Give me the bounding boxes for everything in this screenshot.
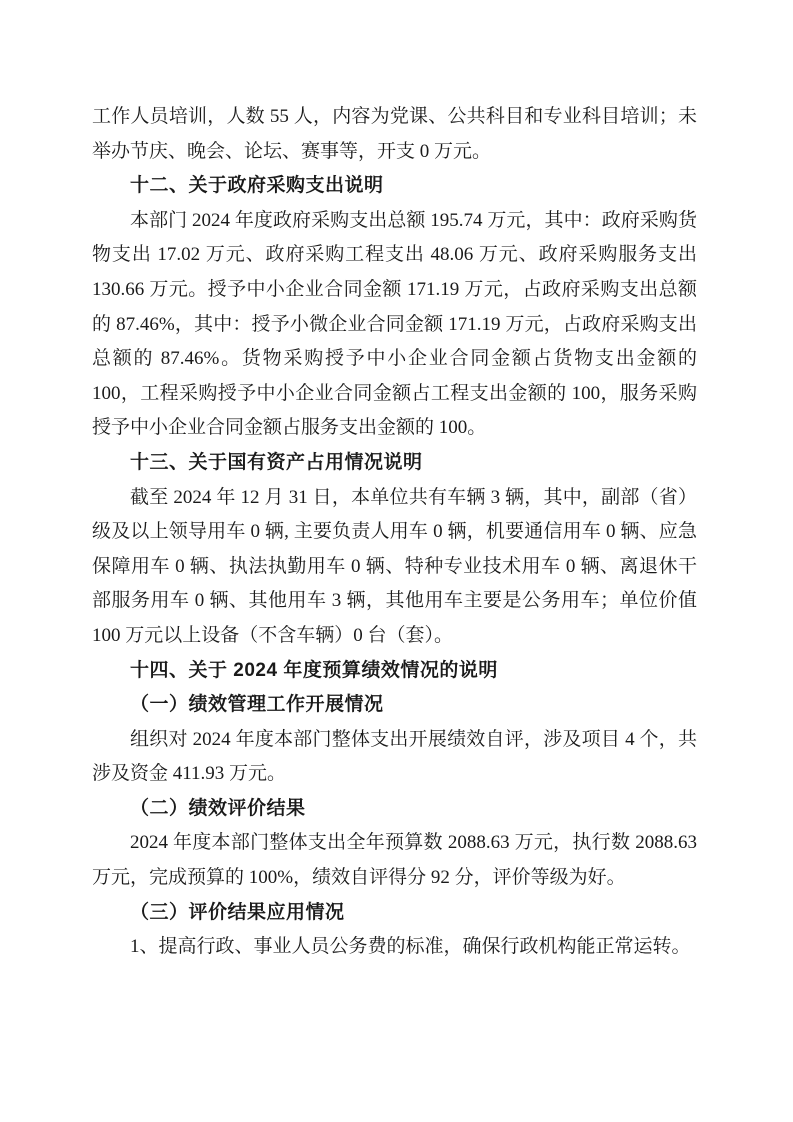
paragraph-evaluation-result-detail: 2024 年度本部门整体支出全年预算数 2088.63 万元，执行数 2088.… — [92, 826, 697, 895]
heading-section-14-budget-performance: 十四、关于 2024 年度预算绩效情况的说明 — [92, 654, 697, 689]
heading-section-13-state-assets: 十三、关于国有资产占用情况说明 — [92, 446, 697, 481]
subheading-14-1-performance-management: （一）绩效管理工作开展情况 — [92, 688, 697, 723]
paragraph-result-application-item-1: 1、提高行政、事业人员公务费的标准，确保行政机构能正常运转。 — [92, 930, 697, 965]
document-body: 工作人员培训，人数 55 人，内容为党课、公共科目和专业科目培训；未举办节庆、晚… — [92, 100, 697, 965]
paragraph-state-assets-vehicles: 截至 2024 年 12 月 31 日，本单位共有车辆 3 辆，其中，副部（省）… — [92, 481, 697, 654]
heading-section-12-government-procurement: 十二、关于政府采购支出说明 — [92, 169, 697, 204]
paragraph-continuation-training: 工作人员培训，人数 55 人，内容为党课、公共科目和专业科目培训；未举办节庆、晚… — [92, 100, 697, 169]
paragraph-government-procurement-detail: 本部门 2024 年度政府采购支出总额 195.74 万元，其中：政府采购货物支… — [92, 204, 697, 446]
document-page: 工作人员培训，人数 55 人，内容为党课、公共科目和专业科目培训；未举办节庆、晚… — [0, 0, 793, 1122]
subheading-14-2-evaluation-result: （二）绩效评价结果 — [92, 792, 697, 827]
paragraph-performance-self-evaluation: 组织对 2024 年度本部门整体支出开展绩效自评，涉及项目 4 个，共涉及资金 … — [92, 723, 697, 792]
subheading-14-3-result-application: （三）评价结果应用情况 — [92, 896, 697, 931]
